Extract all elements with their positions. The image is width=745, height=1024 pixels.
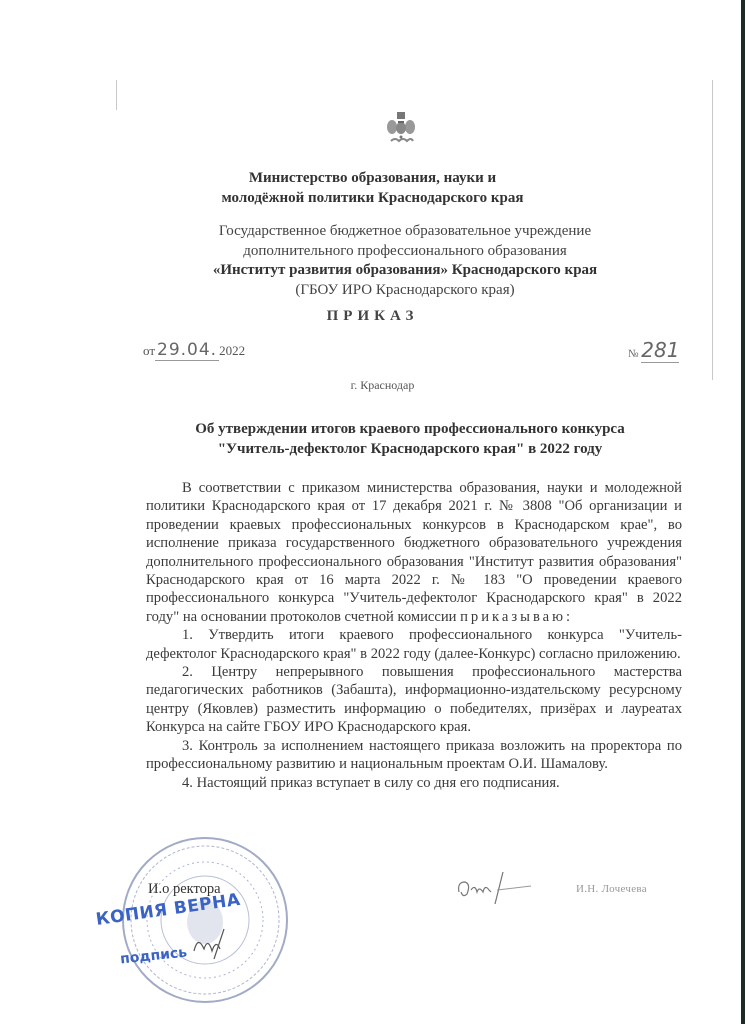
document-page: Министерство образования, науки и молодё… — [0, 0, 745, 1024]
date-year: 2022 — [219, 343, 245, 358]
ministry-line: молодёжной политики Краснодарского края — [0, 188, 745, 208]
order-item: 2. Центру непрерывного повышения професс… — [146, 663, 682, 737]
order-item: 4. Настоящий приказ вступает в силу со д… — [146, 774, 682, 792]
scan-artifact — [116, 80, 117, 110]
order-word: приказываю: — [460, 609, 573, 625]
institution-line: Государственное бюджетное образовательно… — [0, 222, 745, 242]
stamp-signature — [190, 925, 240, 960]
title-line: Об утверждении итогов краевого профессио… — [0, 419, 745, 439]
date-handwritten: 29.04. — [155, 340, 219, 361]
coat-of-arms-icon — [385, 111, 417, 147]
order-body: В соответствии с приказом министерства о… — [146, 479, 682, 792]
number-prefix: № — [628, 348, 639, 360]
city: г. Краснодар — [0, 378, 745, 393]
date-prefix: от — [143, 343, 155, 358]
order-date: от29.04.2022 — [143, 340, 245, 360]
order-number: № 281 — [628, 338, 679, 362]
institution-name: Государственное бюджетное образовательно… — [0, 222, 745, 300]
institution-line: «Институт развития образования» Краснода… — [0, 261, 745, 281]
order-item: 3. Контроль за исполнением настоящего пр… — [146, 737, 682, 774]
institution-abbreviation: (ГБОУ ИРО Краснодарского края) — [0, 281, 745, 301]
preamble-text: В соответствии с приказом министерства о… — [146, 480, 682, 625]
order-item: 1. Утвердить итоги краевого профессионал… — [146, 626, 682, 663]
order-title: Об утверждении итогов краевого профессио… — [0, 419, 745, 459]
number-handwritten: 281 — [641, 338, 679, 363]
document-type: ПРИКАЗ — [0, 308, 745, 325]
institution-line: дополнительного профессионального образо… — [0, 242, 745, 262]
ministry-name: Министерство образования, науки и молодё… — [0, 168, 745, 208]
signatory-name: И.Н. Лочечева — [576, 883, 647, 895]
scan-edge — [741, 0, 745, 1024]
preamble: В соответствии с приказом министерства о… — [146, 479, 682, 626]
ministry-line: Министерство образования, науки и — [0, 168, 745, 188]
handwritten-signature — [455, 868, 535, 908]
title-line: "Учитель-дефектолог Краснодарского края"… — [0, 439, 745, 459]
